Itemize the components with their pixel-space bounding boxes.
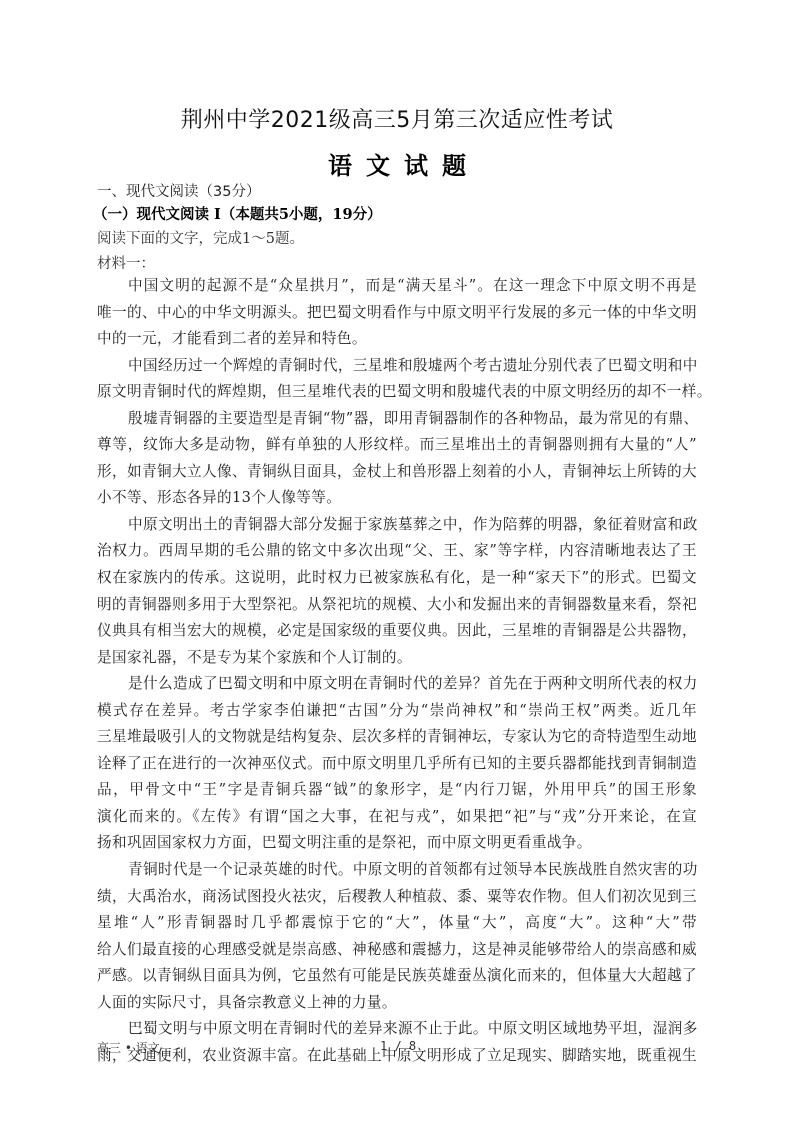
- passage-line: 中原文明出土的青铜器大部分发掘于家族墓葬之中，作为陪葬的明器，象征着财富和政: [97, 512, 697, 539]
- passage-line: 明的青铜器则多用于大型祭祀。从祭祀坑的规模、大小和发掘出来的青铜器数量来看，祭祀: [97, 592, 697, 619]
- passage-body: 中国文明的起源不是“众星拱月”，而是“满天星斗”。在这一理念下中原文明不再是唯一…: [97, 273, 697, 1069]
- footer-page-number: 1 / 8: [380, 1039, 416, 1053]
- passage-line: 仪典具有相当宏大的规模，必定是国家级的重要仪典。因此，三星堆的青铜器是公共器物，: [97, 618, 697, 645]
- passage-line: 是国家礼器，不是专为某个家族和个人订制的。: [97, 645, 697, 672]
- exam-title: 荆州中学2021级高三5月第三次适应性考试: [0, 103, 794, 134]
- passage-line: 中的一元，才能看到二者的差异和特色。: [97, 326, 697, 353]
- passage-line: 模式存在差异。考古学家李伯谦把“古国”分为“崇尚神权”和“崇尚王权”两类。近几年: [97, 698, 697, 725]
- passage-line: 给人们最直接的心理感受就是崇高感、神秘感和震撼力，这是神灵能够带给人的崇高感和威: [97, 937, 697, 964]
- passage-line: 小不等、形态各异的13个人像等等。: [97, 485, 697, 512]
- exam-subtitle: 语文试题: [0, 146, 794, 181]
- passage-line: 诠释了正在进行的一次神巫仪式。而中原文明里几乎所有已知的主要兵器都能找到青铜制造: [97, 751, 697, 778]
- passage-line: 中国经历过一个辉煌的青铜时代，三星堆和殷墟两个考古遗址分别代表了巴蜀文明和中: [97, 353, 697, 380]
- passage-line: 殷墟青铜器的主要造型是青铜“物”器，即用青铜器制作的各种物品，最为常见的有鼎、: [97, 406, 697, 433]
- passage-line: 唯一的、中心的中华文明源头。把巴蜀文明看作与中原文明平行发展的多元一体的中华文明: [97, 300, 697, 327]
- material-label: 材料一：: [97, 252, 155, 273]
- passage-line: 扬和巩固国家权力方面，巴蜀文明注重的是祭祀，而中原文明更看重战争。: [97, 830, 697, 857]
- passage-line: 人面的实际尺寸，具备宗教意义上神的力量。: [97, 990, 697, 1017]
- passage-line: 是什么造成了巴蜀文明和中原文明在青铜时代的差异？首先在于两种文明所代表的权力: [97, 671, 697, 698]
- section-heading: 一、现代文阅读（35分）: [97, 180, 260, 201]
- reading-instruction: 阅读下面的文字，完成1～5题。: [97, 227, 304, 248]
- passage-line: 尊等，纹饰大多是动物，鲜有单独的人形纹样。而三星堆出土的青铜器则拥有大量的“人”: [97, 432, 697, 459]
- passage-line: 中国文明的起源不是“众星拱月”，而是“满天星斗”。在这一理念下中原文明不再是: [97, 273, 697, 300]
- section-subheading: （一）现代文阅读 I（本题共5小题，19分）: [93, 203, 382, 224]
- passage-line: 青铜时代是一个记录英雄的时代。中原文明的首领都有过领导本民族战胜自然灾害的功: [97, 857, 697, 884]
- passage-line: 权在家族内的传承。这说明，此时权力已被家族私有化，是一种“家天下”的形式。巴蜀文: [97, 565, 697, 592]
- passage-line: 三星堆最吸引人的文物就是结构复杂、层次多样的青铜神坛，专家认为它的奇特造型生动地: [97, 724, 697, 751]
- footer-subject: 高三 • 语文: [97, 1039, 160, 1056]
- passage-line: 品，甲骨文中“王”字是青铜兵器“钺”的象形字，是“内行刀锯，外用甲兵”的国王形象: [97, 777, 697, 804]
- passage-line: 原文明青铜时代的辉煌期，但三星堆代表的巴蜀文明和殷墟代表的中原文明经历的却不一样…: [97, 379, 697, 406]
- exam-page: 荆州中学2021级高三5月第三次适应性考试 语文试题 一、现代文阅读（35分） …: [0, 0, 794, 1123]
- passage-line: 形，如青铜大立人像、青铜纵目面具，金杖上和兽形器上刻着的小人，青铜神坛上所铸的大: [97, 459, 697, 486]
- passage-line: 治权力。西周早期的毛公鼎的铭文中多次出现“父、王、家”等字样，内容清晰地表达了王: [97, 538, 697, 565]
- passage-line: 绩，大禹治水，商汤试图投火祛灾，后稷教人种植菽、黍、粟等农作物。但人们初次见到三: [97, 884, 697, 911]
- passage-line: 严感。以青铜纵目面具为例，它虽然有可能是民族英雄蚕丛演化而来的，但体量大大超越了: [97, 963, 697, 990]
- passage-line: 星堆“人”形青铜器时几乎都震惊于它的“大”，体量“大”，高度“大”。这种“大”带: [97, 910, 697, 937]
- passage-line: 演化而来的。《左传》有谓“国之大事，在祀与戎”，如果把“祀”与“戎”分开来论，在…: [97, 804, 697, 831]
